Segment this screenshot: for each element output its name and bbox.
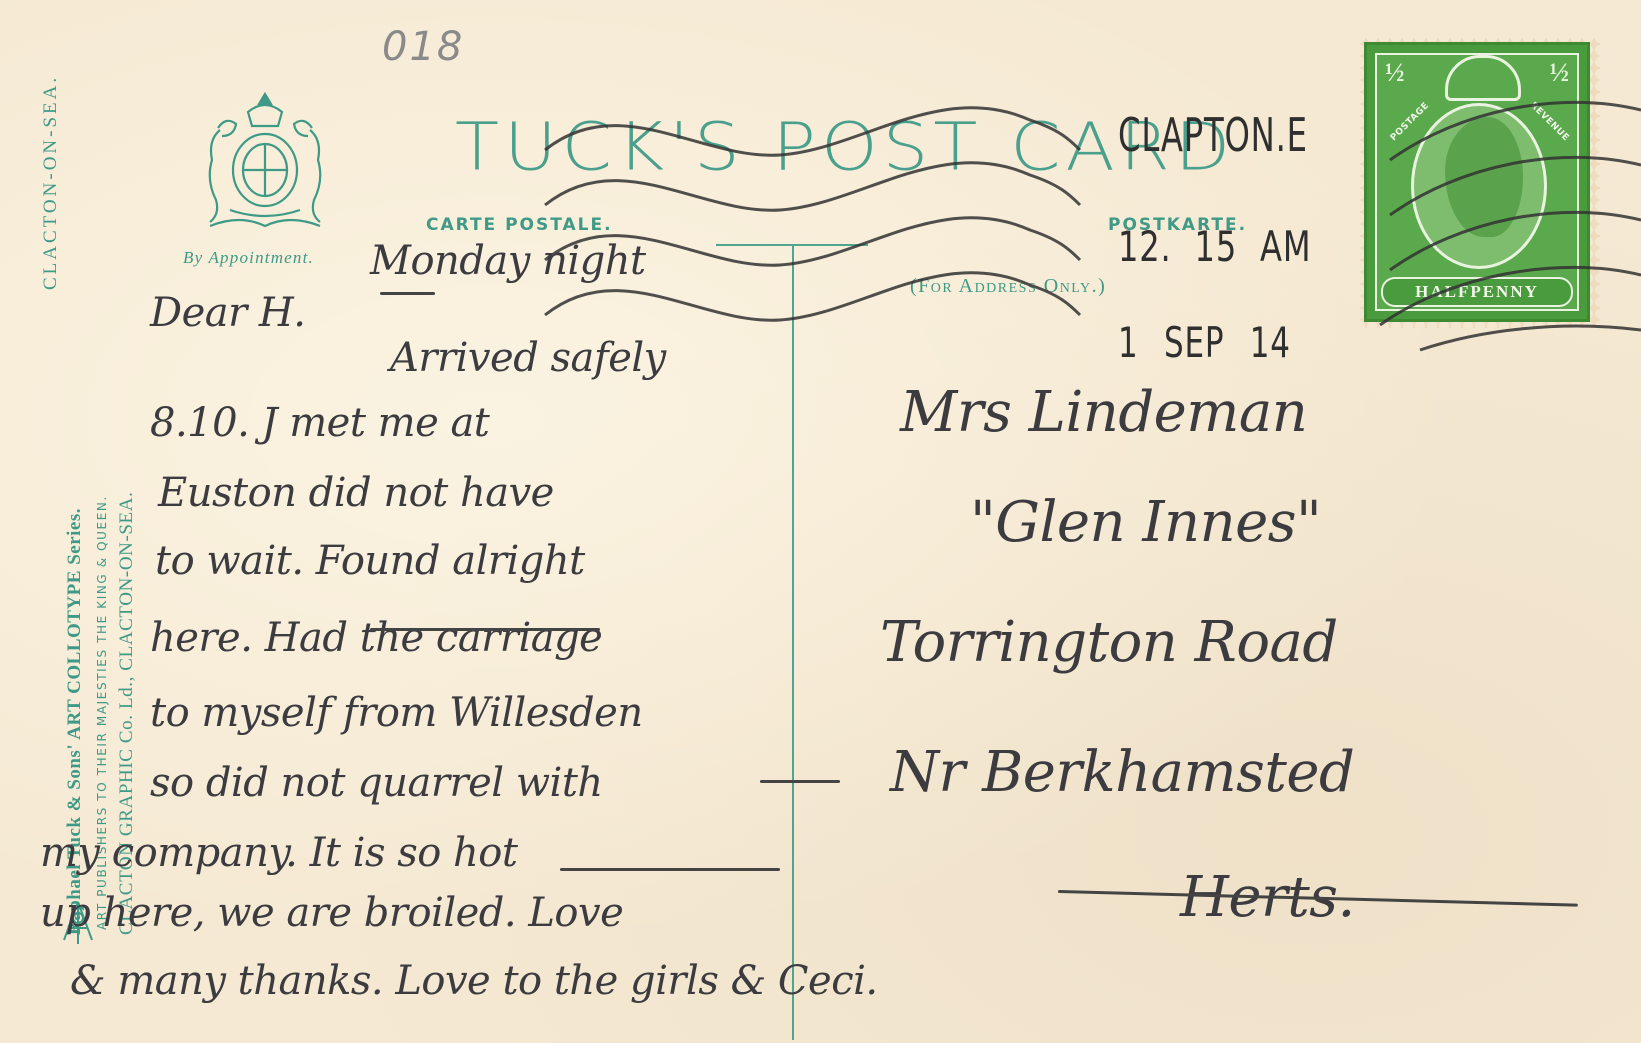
message-line: Arrived safely: [390, 335, 666, 381]
divider-line: [792, 245, 794, 1040]
address-line-road: Torrington Road: [880, 610, 1338, 675]
stamp-denomination: HALFPENNY: [1381, 277, 1573, 307]
postmark-town: CLAPTON.E: [1118, 108, 1308, 162]
message-line: here. Had the carriage: [150, 615, 602, 661]
catalogue-number: 018: [382, 24, 464, 70]
underline-stroke: [760, 780, 840, 783]
side-imprint-top: CLACTON-ON-SEA.: [40, 75, 62, 290]
message-line: to myself from Willesden: [150, 690, 643, 736]
address-line-house: "Glen Innes": [970, 490, 1321, 555]
message-line: Monday night: [370, 238, 646, 284]
postage-stamp: ½ ½ POSTAGE REVENUE HALFPENNY: [1364, 42, 1590, 322]
message-line: 8.10. J met me at: [150, 400, 489, 446]
message-line: my company. It is so hot: [40, 830, 517, 876]
address-line-town: Nr Berkhamsted: [890, 740, 1354, 805]
underline-stroke: [560, 868, 780, 871]
postcard-back: 018 CLACTON-ON-SEA. Raphael Tuck & Sons'…: [0, 0, 1641, 1043]
stamp-value-left: ½: [1385, 61, 1405, 84]
address-line-name: Mrs Lindeman: [900, 380, 1307, 445]
message-line: & many thanks. Love to the girls & Ceci.: [70, 958, 878, 1004]
stamp-value-right: ½: [1550, 61, 1570, 84]
underline-stroke: [370, 628, 600, 631]
message-line: so did not quarrel with: [150, 760, 603, 806]
underline-stroke: [380, 292, 435, 295]
message-line: Euston did not have: [158, 470, 554, 516]
royal-coat-of-arms-icon: [190, 90, 340, 235]
message-line: up here, we are broiled. Love: [40, 890, 623, 936]
postmark-date: 1 SEP 14: [1118, 318, 1291, 367]
by-appointment-label: By Appointment.: [183, 248, 314, 268]
carte-postale-label: CARTE POSTALE.: [426, 215, 613, 235]
postmark-time: 12. 15 AM: [1118, 222, 1311, 271]
message-line: Dear H.: [150, 290, 306, 336]
king-portrait-icon: [1445, 117, 1523, 237]
address-only-label: (For Address Only.): [910, 275, 1106, 298]
message-line: to wait. Found alright: [155, 538, 585, 584]
